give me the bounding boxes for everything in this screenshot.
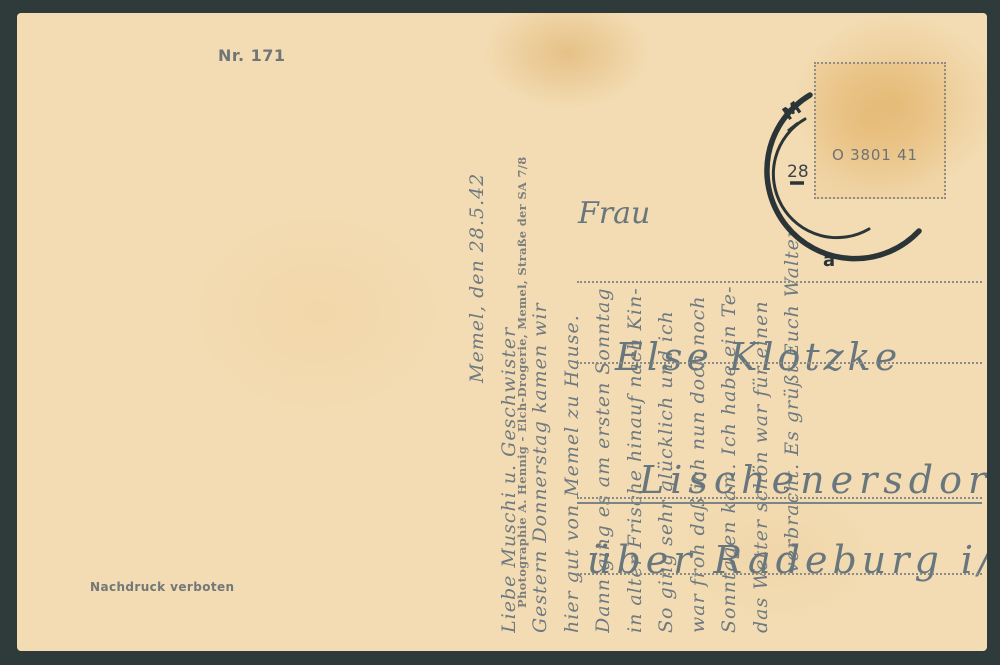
postmark-letter: a <box>823 250 835 271</box>
address-line-1 <box>577 281 982 283</box>
message-place-date: Memel, den 28.5.42 <box>462 73 494 633</box>
address-line-4 <box>577 573 982 575</box>
message-line: Gestern Donnerstag kamen wir <box>525 73 557 633</box>
address-name: Else Klotzke <box>615 335 901 379</box>
address-line-2 <box>577 362 982 364</box>
scan-background: Nr. 171 Memel, den 28.5.42 Liebe Muschi … <box>0 0 1000 665</box>
card-number: Nr. 171 <box>218 46 286 65</box>
reprint-notice: Nachdruck verboten <box>90 580 234 594</box>
message-line: hier gut von Memel zu Hause. <box>557 73 589 633</box>
address-via: über Radeburg i/Sa <box>587 538 987 582</box>
postcard-back: Nr. 171 Memel, den 28.5.42 Liebe Muschi … <box>17 13 987 651</box>
address-town: Lischenersdorf <box>639 458 987 502</box>
stamp-placeholder <box>814 62 946 199</box>
address-salutation: Frau <box>578 196 650 231</box>
stamp-code: O 3801 41 <box>832 146 918 164</box>
address-line-3 <box>577 497 982 499</box>
publisher-imprint: Photographie A. Hennig - Elch-Drogerie, … <box>515 156 529 608</box>
